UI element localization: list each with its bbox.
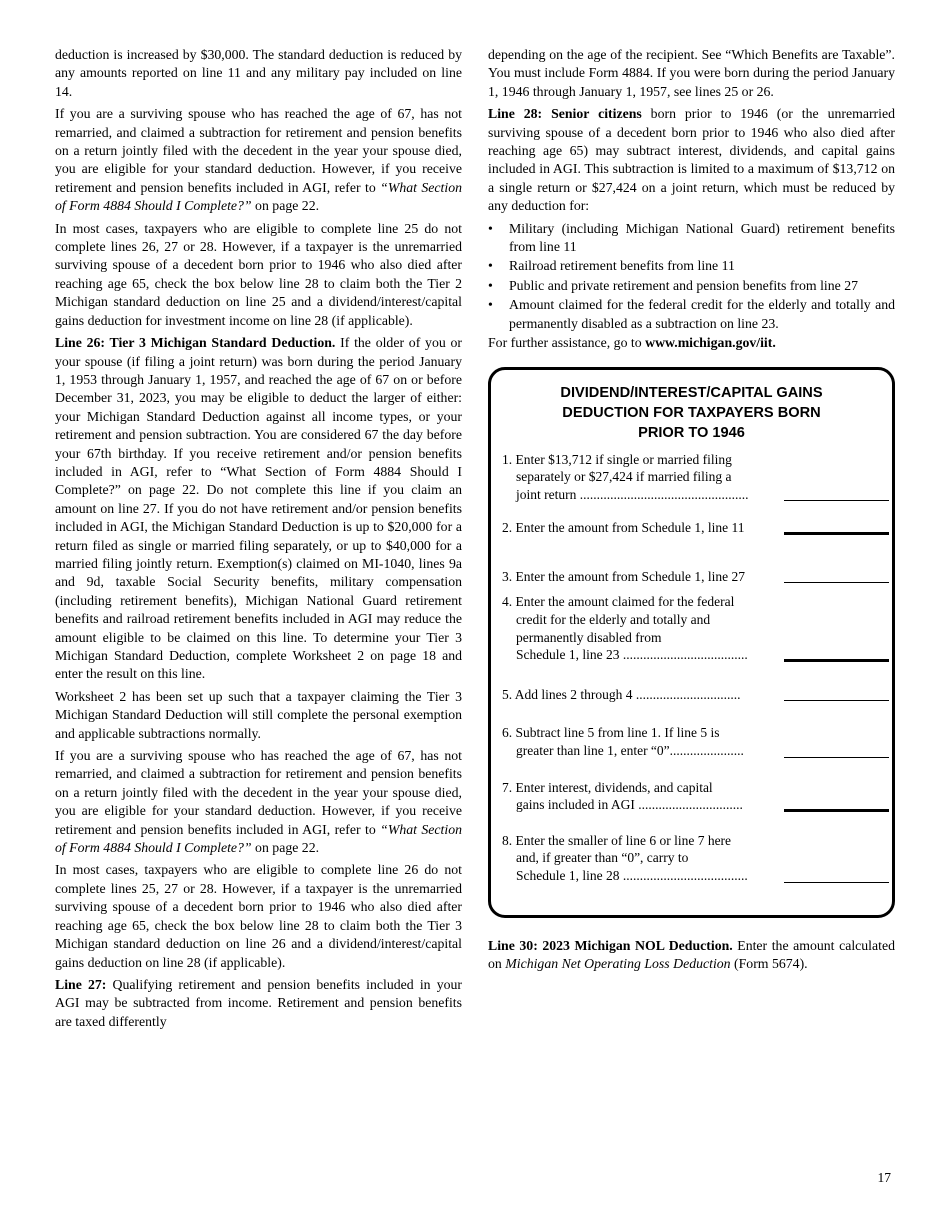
list-item: •Public and private retirement and pensi…: [488, 277, 895, 295]
worksheet-item-text: 1. Enter $13,712 if single or married fi…: [502, 451, 784, 504]
bullet-icon: •: [488, 220, 509, 257]
text-run: If the older of you or your spouse (if f…: [55, 335, 462, 681]
bold-run: Line 26: Tier 3 Michigan Standard Deduct…: [55, 335, 335, 350]
worksheet-answer-line: [784, 700, 889, 701]
worksheet-title-line: DIVIDEND/INTEREST/CAPITAL GAINS: [502, 383, 881, 403]
text-run: (Form 5674).: [731, 956, 808, 971]
worksheet-item: 5. Add lines 2 through 4 ...............…: [502, 686, 885, 704]
worksheet-item-text: 5. Add lines 2 through 4 ...............…: [502, 686, 784, 704]
worksheet-answer-line: [784, 532, 889, 535]
text-run: Public and private retirement and pensio…: [509, 278, 858, 293]
paragraph: In most cases, taxpayers who are eligibl…: [55, 861, 462, 971]
worksheet-answer-line: [784, 659, 889, 662]
worksheet-title-line: DEDUCTION FOR TAXPAYERS BORN: [502, 403, 881, 423]
worksheet-item: 8. Enter the smaller of line 6 or line 7…: [502, 832, 885, 885]
text-run: on page 22.: [252, 198, 319, 213]
list-item: •Railroad retirement benefits from line …: [488, 257, 895, 275]
worksheet-item-line: joint return ...........................…: [502, 486, 784, 504]
worksheet-item-first-line: 5. Add lines 2 through 4 ...............…: [502, 686, 784, 704]
text-run: Worksheet 2 has been set up such that a …: [55, 689, 462, 741]
bold-run: Line 30: 2023 Michigan NOL Deduction.: [488, 938, 733, 953]
worksheet-item: 6. Subtract line 5 from line 1. If line …: [502, 724, 885, 759]
worksheet-item-line: Schedule 1, line 28 ....................…: [502, 867, 784, 885]
bold-run: Line 28: Senior citizens: [488, 106, 642, 121]
worksheet-item: 7. Enter interest, dividends, and capita…: [502, 779, 885, 814]
paragraph: deduction is increased by $30,000. The s…: [55, 46, 462, 101]
document-page: deduction is increased by $30,000. The s…: [0, 0, 950, 1230]
worksheet-item-line: permanently disabled from: [502, 629, 784, 647]
text-run: For further assistance, go to: [488, 335, 645, 350]
worksheet-item-line: and, if greater than “0”, carry to: [502, 849, 784, 867]
bold-run: Line 27:: [55, 977, 106, 992]
bullet-icon: •: [488, 277, 509, 295]
text-run: Railroad retirement benefits from line 1…: [509, 258, 735, 273]
bold-run: www.michigan.gov/iit.: [645, 335, 776, 350]
worksheet-answer-line: [784, 500, 889, 501]
text-run: born prior to 1946 (or the unremarried s…: [488, 106, 895, 213]
right-column: depending on the age of the recipient. S…: [488, 46, 895, 1035]
paragraph: For further assistance, go to www.michig…: [488, 334, 895, 352]
text-run: depending on the age of the recipient. S…: [488, 47, 895, 99]
paragraph: If you are a surviving spouse who has re…: [55, 747, 462, 857]
worksheet-item-line: gains included in AGI ..................…: [502, 796, 784, 814]
worksheet-answer-line: [784, 882, 889, 883]
worksheet-item: 4. Enter the amount claimed for the fede…: [502, 593, 885, 663]
list-item-text: Military (including Michigan National Gu…: [509, 220, 895, 257]
worksheet-item-text: 7. Enter interest, dividends, and capita…: [502, 779, 784, 814]
worksheet-answer-line: [784, 809, 889, 812]
right-column-intro: depending on the age of the recipient. S…: [488, 46, 895, 353]
paragraph: Worksheet 2 has been set up such that a …: [55, 688, 462, 743]
list-item-text: Railroad retirement benefits from line 1…: [509, 257, 895, 275]
list-item: •Amount claimed for the federal credit f…: [488, 296, 895, 333]
text-run: In most cases, taxpayers who are eligibl…: [55, 862, 462, 969]
worksheet-title: DIVIDEND/INTEREST/CAPITAL GAINSDEDUCTION…: [502, 383, 881, 443]
text-run: Amount claimed for the federal credit fo…: [509, 297, 895, 330]
text-run: deduction is increased by $30,000. The s…: [55, 47, 462, 99]
worksheet-item-text: 8. Enter the smaller of line 6 or line 7…: [502, 832, 784, 885]
worksheet-item-text: 2. Enter the amount from Schedule 1, lin…: [502, 519, 784, 537]
list-item-text: Amount claimed for the federal credit fo…: [509, 296, 895, 333]
worksheet-answer-line: [784, 757, 889, 758]
paragraph: If you are a surviving spouse who has re…: [55, 105, 462, 215]
two-column-layout: deduction is increased by $30,000. The s…: [55, 46, 896, 1035]
worksheet-item-line: Schedule 1, line 23 ....................…: [502, 646, 784, 664]
worksheet-title-line: PRIOR TO 1946: [502, 423, 881, 443]
text-run: Qualifying retirement and pension benefi…: [55, 977, 462, 1029]
left-column: deduction is increased by $30,000. The s…: [55, 46, 462, 1035]
worksheet-box: DIVIDEND/INTEREST/CAPITAL GAINSDEDUCTION…: [488, 367, 895, 918]
paragraph: Line 26: Tier 3 Michigan Standard Deduct…: [55, 334, 462, 684]
worksheet-item-first-line: 8. Enter the smaller of line 6 or line 7…: [502, 832, 784, 850]
worksheet-item-line: greater than line 1, enter “0”..........…: [502, 742, 784, 760]
list-item-text: Public and private retirement and pensio…: [509, 277, 895, 295]
paragraph: depending on the age of the recipient. S…: [488, 46, 895, 101]
italic-run: Michigan Net Operating Loss Deduction: [505, 956, 730, 971]
worksheet-item-line: separately or $27,424 if married filing …: [502, 468, 784, 486]
text-run: on page 22.: [252, 840, 319, 855]
worksheet-item-line: credit for the elderly and totally and: [502, 611, 784, 629]
worksheet-item-first-line: 7. Enter interest, dividends, and capita…: [502, 779, 784, 797]
bullet-icon: •: [488, 257, 509, 275]
text-run: In most cases, taxpayers who are eligibl…: [55, 221, 462, 328]
worksheet-item-first-line: 3. Enter the amount from Schedule 1, lin…: [502, 568, 784, 586]
paragraph: Line 27: Qualifying retirement and pensi…: [55, 976, 462, 1031]
worksheet-item-text: 6. Subtract line 5 from line 1. If line …: [502, 724, 784, 759]
worksheet-item: 2. Enter the amount from Schedule 1, lin…: [502, 519, 885, 537]
worksheet-item-first-line: 4. Enter the amount claimed for the fede…: [502, 593, 784, 611]
worksheet-item: 1. Enter $13,712 if single or married fi…: [502, 451, 885, 504]
bullet-icon: •: [488, 296, 509, 333]
list-item: •Military (including Michigan National G…: [488, 220, 895, 257]
worksheet-item-text: 3. Enter the amount from Schedule 1, lin…: [502, 568, 784, 586]
worksheet-item-first-line: 1. Enter $13,712 if single or married fi…: [502, 451, 784, 469]
page-number: 17: [878, 1169, 892, 1187]
right-column-closing: Line 30: 2023 Michigan NOL Deduction. En…: [488, 937, 895, 974]
paragraph: Line 30: 2023 Michigan NOL Deduction. En…: [488, 937, 895, 974]
worksheet-answer-line: [784, 582, 889, 583]
text-run: Military (including Michigan National Gu…: [509, 221, 895, 254]
worksheet-item-first-line: 2. Enter the amount from Schedule 1, lin…: [502, 519, 784, 537]
worksheet-item-text: 4. Enter the amount claimed for the fede…: [502, 593, 784, 663]
paragraph: Line 28: Senior citizens born prior to 1…: [488, 105, 895, 215]
paragraph: In most cases, taxpayers who are eligibl…: [55, 220, 462, 330]
worksheet-items: 1. Enter $13,712 if single or married fi…: [502, 451, 885, 885]
worksheet-item-first-line: 6. Subtract line 5 from line 1. If line …: [502, 724, 784, 742]
worksheet-item: 3. Enter the amount from Schedule 1, lin…: [502, 568, 885, 586]
